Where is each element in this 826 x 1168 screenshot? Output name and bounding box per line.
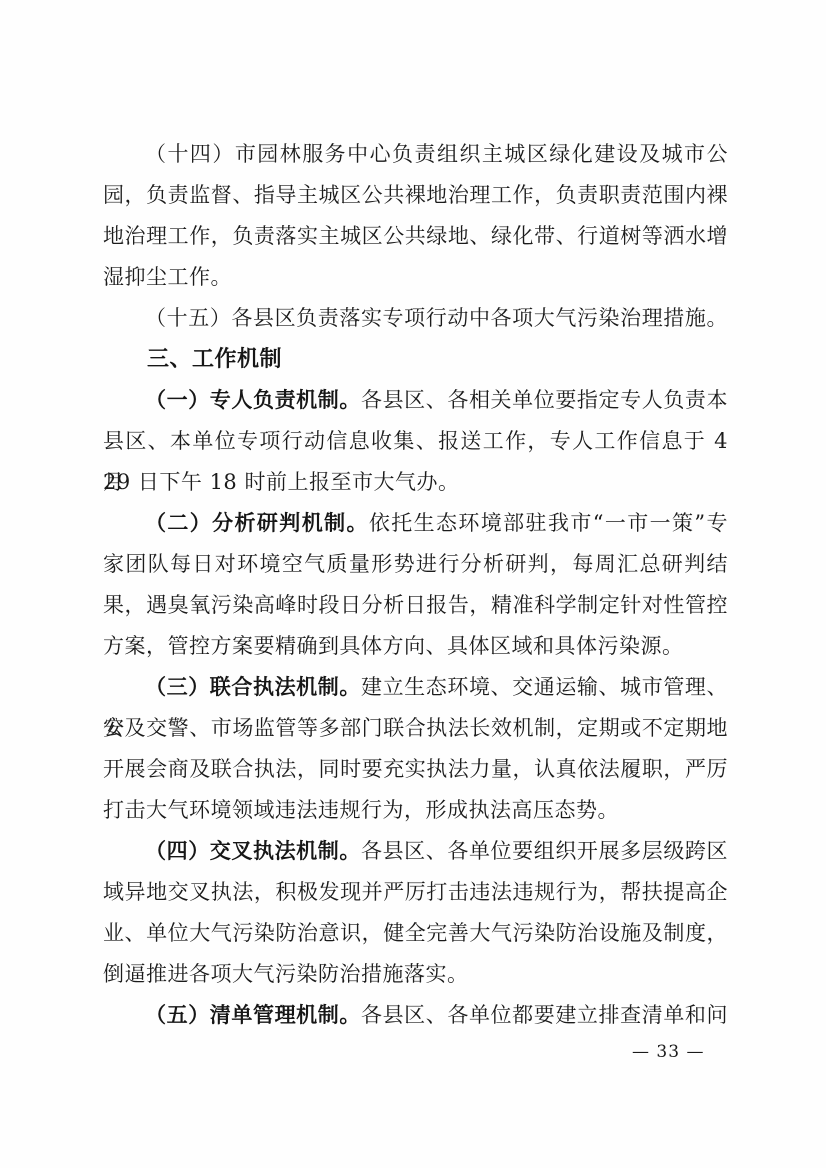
bold-lead-in: （三）联合执法机制。 (145, 675, 361, 699)
text-segment: 倒逼推进各项大气污染防治措施落实。 (103, 962, 469, 986)
text-segment: 29 日下午 18 时前上报至市大气办。 (103, 470, 459, 494)
paragraph-15-line-1: （十五）各县区负责落实专项行动中各项大气污染治理措施。 (103, 298, 728, 339)
bold-lead-in: （四）交叉执法机制。 (145, 839, 361, 863)
text-segment: 开展会商及联合执法，同时要充实执法力量，认真依法履职，严厉 (103, 757, 728, 781)
paragraph-14-line-2: 园，负责监督、指导主城区公共裸地治理工作，负责职责范围内裸 (103, 175, 728, 216)
bold-lead-in: （一）专人负责机制。 (145, 388, 361, 412)
paragraph-3-line-3: 开展会商及联合执法，同时要充实执法力量，认真依法履职，严厉 (103, 749, 728, 790)
text-segment: 打击大气环境领域违法违规行为，形成执法高压态势。 (103, 798, 619, 822)
paragraph-1-line-3: 29 日下午 18 时前上报至市大气办。 (103, 462, 728, 503)
paragraph-3-line-2: 安及交警、市场监管等多部门联合执法长效机制，定期或不定期地 (103, 708, 728, 749)
bold-lead-in: （五）清单管理机制。 (145, 1003, 361, 1027)
bold-lead-in: （二）分析研判机制。 (145, 511, 369, 535)
section-heading: 三、工作机制 (103, 339, 728, 380)
document-body: （十四）市园林服务中心负责组织主城区绿化建设及城市公园，负责监督、指导主城区公共… (103, 134, 728, 1036)
paragraph-14-line-3: 地治理工作，负责落实主城区公共绿地、绿化带、行道树等洒水增 (103, 216, 728, 257)
text-segment: 园，负责监督、指导主城区公共裸地治理工作，负责职责范围内裸 (103, 183, 728, 207)
text-segment: 各县区、各相关单位要指定专人负责本 (361, 388, 728, 412)
text-segment: 家团队每日对环境空气质量形势进行分析研判，每周汇总研判结 (103, 552, 728, 576)
text-segment: 各县区、各单位都要建立排查清单和问 (361, 1003, 728, 1027)
text-segment: 依托生态环境部驻我市“一市一策”专 (369, 511, 728, 535)
paragraph-3-line-1: （三）联合执法机制。建立生态环境、交通运输、城市管理、公 (103, 667, 728, 708)
paragraph-1-line-1: （一）专人负责机制。各县区、各相关单位要指定专人负责本 (103, 380, 728, 421)
paragraph-2-line-1: （二）分析研判机制。依托生态环境部驻我市“一市一策”专 (103, 503, 728, 544)
paragraph-3-line-4: 打击大气环境领域违法违规行为，形成执法高压态势。 (103, 790, 728, 831)
paragraph-5-line-1: （五）清单管理机制。各县区、各单位都要建立排查清单和问 (103, 995, 728, 1036)
paragraph-2-line-4: 方案，管控方案要精确到具体方向、具体区域和具体污染源。 (103, 626, 728, 667)
paragraph-4-line-2: 域异地交叉执法，积极发现并严厉打击违法违规行为，帮扶提高企 (103, 872, 728, 913)
text-segment: 果，遇臭氧污染高峰时段日分析日报告，精准科学制定针对性管控 (103, 593, 728, 617)
text-segment: 域异地交叉执法，积极发现并严厉打击违法违规行为，帮扶提高企 (103, 880, 728, 904)
text-segment: 业、单位大气污染防治意识，健全完善大气污染防治设施及制度， (103, 921, 728, 945)
paragraph-4-line-3: 业、单位大气污染防治意识，健全完善大气污染防治设施及制度， (103, 913, 728, 954)
document-page: （十四）市园林服务中心负责组织主城区绿化建设及城市公园，负责监督、指导主城区公共… (0, 0, 826, 1168)
text-segment: 各县区、各单位要组织开展多层级跨区 (361, 839, 728, 863)
text-segment: （十五）各县区负责落实专项行动中各项大气污染治理措施。 (145, 306, 728, 330)
text-segment: 湿抑尘工作。 (103, 265, 232, 289)
paragraph-2-line-2: 家团队每日对环境空气质量形势进行分析研判，每周汇总研判结 (103, 544, 728, 585)
text-segment: 地治理工作，负责落实主城区公共绿地、绿化带、行道树等洒水增 (103, 224, 728, 248)
paragraph-4-line-1: （四）交叉执法机制。各县区、各单位要组织开展多层级跨区 (103, 831, 728, 872)
paragraph-4-line-4: 倒逼推进各项大气污染防治措施落实。 (103, 954, 728, 995)
text-segment: 安及交警、市场监管等多部门联合执法长效机制，定期或不定期地 (103, 716, 728, 740)
bold-lead-in: 三、工作机制 (147, 347, 282, 372)
text-segment: （十四）市园林服务中心负责组织主城区绿化建设及城市公 (145, 142, 728, 166)
paragraph-14-line-4: 湿抑尘工作。 (103, 257, 728, 298)
text-segment: 方案，管控方案要精确到具体方向、具体区域和具体污染源。 (103, 634, 684, 658)
page-number: — 33 — (632, 1042, 722, 1062)
paragraph-1-line-2: 县区、本单位专项行动信息收集、报送工作，专人工作信息于 4 月 (103, 421, 728, 462)
paragraph-2-line-3: 果，遇臭氧污染高峰时段日分析日报告，精准科学制定针对性管控 (103, 585, 728, 626)
paragraph-14-line-1: （十四）市园林服务中心负责组织主城区绿化建设及城市公 (103, 134, 728, 175)
